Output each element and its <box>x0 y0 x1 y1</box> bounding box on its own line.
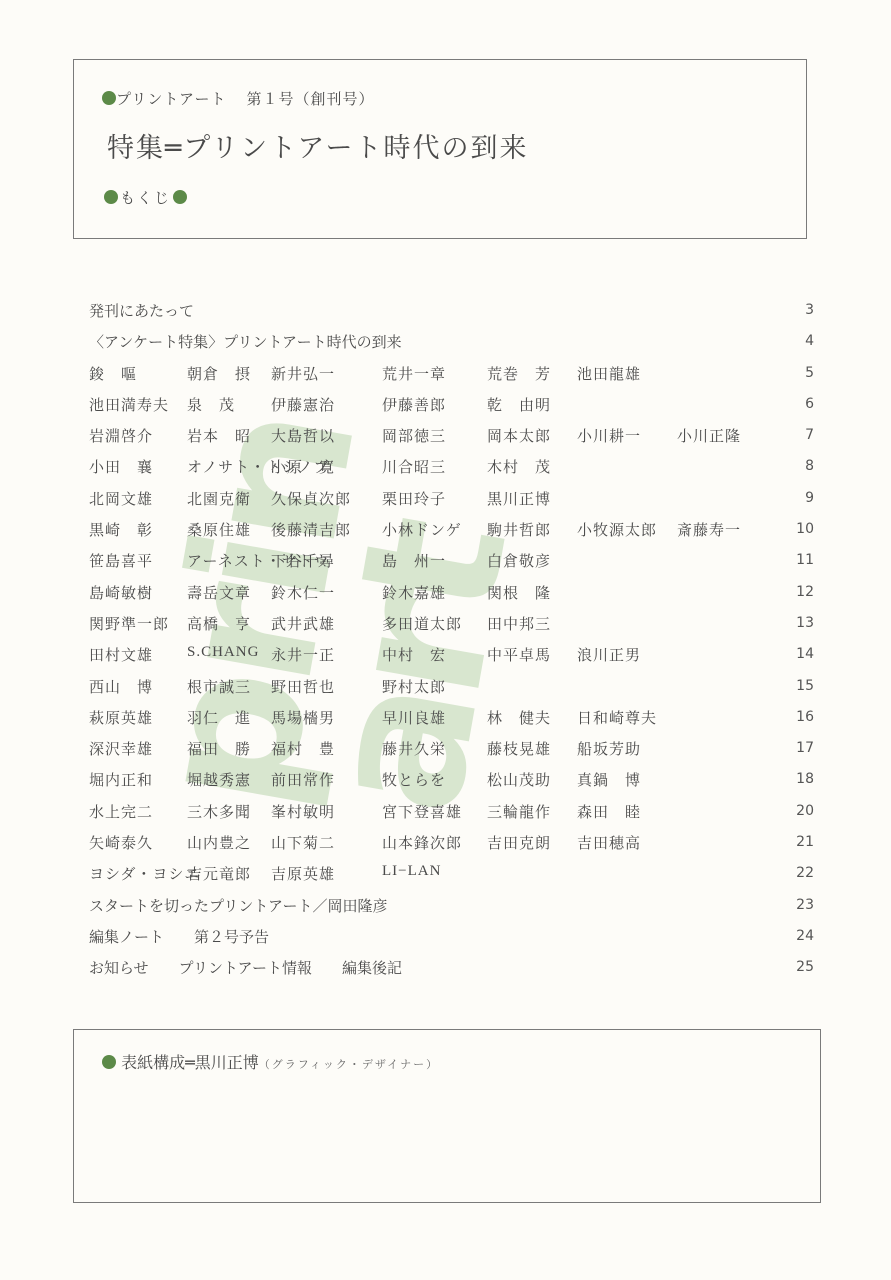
contributor-name: 関根 隆 <box>487 582 551 603</box>
contributor-name: 吉原英雄 <box>271 863 335 884</box>
toc-names-row: 池田満寿夫泉 茂伊藤憲治伊藤善郎乾 由明6 <box>89 390 814 421</box>
contributor-name: 田中邦三 <box>487 613 551 634</box>
contributor-name: LI−LAN <box>382 863 441 880</box>
page-number: 10 <box>796 521 814 537</box>
contributor-name: 中平卓馬 <box>487 644 551 665</box>
cover-designer: 表紙構成═黒川正博 <box>121 1053 259 1072</box>
contributor-name: 野田哲也 <box>271 676 335 697</box>
contributor-name: 伊藤善郎 <box>382 394 446 415</box>
contributor-name: 黒崎 彰 <box>89 519 153 540</box>
issue-number: 第１号（創刊号） <box>247 90 375 108</box>
contributor-name: 黒川正博 <box>487 488 551 509</box>
contributor-name: 島 州一 <box>382 550 446 571</box>
contributor-name: 岩淵啓介 <box>89 425 153 446</box>
toc-entry: スタートを切ったプリントアート／岡田隆彦23 <box>89 891 814 922</box>
cover-credit: 表紙構成═黒川正博（グラフィック・デザイナー） <box>102 1050 439 1073</box>
contributor-name: 鋑 嘔 <box>89 363 137 384</box>
toc-names-row: 田村文雄S.CHANG永井一正中村 宏中平卓馬浪川正男14 <box>89 640 814 671</box>
toc-names-row: 水上完二三木多聞峯村敏明宮下登喜雄三輪龍作森田 睦20 <box>89 797 814 828</box>
contributor-name: 大島哲以 <box>271 425 335 446</box>
contributor-name: 森田 睦 <box>577 801 641 822</box>
contributor-name: 関野準一郎 <box>89 613 169 634</box>
feature-title: 特集═プリントアート時代の到来 <box>107 126 529 165</box>
contributor-name: 小川耕一 <box>577 425 641 446</box>
contributor-name: 新井弘一 <box>271 363 335 384</box>
contributor-name: 藤枝晃雄 <box>487 738 551 759</box>
contributor-name: 下谷千尋 <box>271 550 335 571</box>
page-number: 16 <box>796 709 814 725</box>
contributor-name: 鈴木嘉雄 <box>382 582 446 603</box>
page-number: 3 <box>805 302 814 318</box>
contributor-name: 小原 寛 <box>271 456 335 477</box>
contributor-name: 鈴木仁一 <box>271 582 335 603</box>
contributor-name: 川合昭三 <box>382 456 446 477</box>
page-number: 22 <box>796 865 814 881</box>
contributor-name: 羽仁 進 <box>187 707 251 728</box>
toc-names-row: 鋑 嘔朝倉 摂新井弘一荒井一章荒巻 芳池田龍雄5 <box>89 359 814 390</box>
contributor-name: 中村 宏 <box>382 644 446 665</box>
bullet-dot-icon <box>173 190 187 204</box>
page-number: 5 <box>805 365 814 381</box>
toc-names-row: 岩淵啓介岩本 昭大島哲以岡部徳三岡本太郎小川耕一小川正隆7 <box>89 421 814 452</box>
bullet-dot-icon <box>104 190 118 204</box>
page-number: 20 <box>796 803 814 819</box>
contributor-name: 萩原英雄 <box>89 707 153 728</box>
toc-entry: 編集ノート 第２号予告24 <box>89 922 814 953</box>
contributor-name: 斎藤寿一 <box>677 519 741 540</box>
contributor-name: 多田道太郎 <box>382 613 462 634</box>
page-number: 23 <box>796 897 814 913</box>
toc-entry-title: お知らせ プリントアート情報 編集後記 <box>89 957 402 978</box>
contributor-name: 島崎敏樹 <box>89 582 153 603</box>
bullet-dot-icon <box>102 1055 116 1069</box>
page-number: 8 <box>805 458 814 474</box>
contributor-name: 小牧源太郎 <box>577 519 657 540</box>
contributor-name: S.CHANG <box>187 644 259 661</box>
toc-entry-title: 発刊にあたって <box>89 300 194 321</box>
contributor-name: 吉元竜郎 <box>187 863 251 884</box>
contributor-name: 西山 博 <box>89 676 153 697</box>
contributor-name: 池田満寿夫 <box>89 394 169 415</box>
contributor-name: 伊藤憲治 <box>271 394 335 415</box>
contributor-name: 吉田穂高 <box>577 832 641 853</box>
table-of-contents: 発刊にあたって3〈アンケート特集〉プリントアート時代の到来4鋑 嘔朝倉 摂新井弘… <box>89 296 814 985</box>
contributor-name: 峯村敏明 <box>271 801 335 822</box>
toc-entry: 発刊にあたって3 <box>89 296 814 327</box>
contributor-name: 駒井哲郎 <box>487 519 551 540</box>
contributor-name: 福田 勝 <box>187 738 251 759</box>
toc-entry-title: 編集ノート 第２号予告 <box>89 926 269 947</box>
page-number: 15 <box>796 678 814 694</box>
page-number: 11 <box>796 552 814 568</box>
toc-heading: もくじ <box>102 187 189 208</box>
contributor-name: 牧とらを <box>382 769 446 790</box>
contributor-name: 野村太郎 <box>382 676 446 697</box>
contributor-name: 福村 豊 <box>271 738 335 759</box>
contributor-name: 深沢幸雄 <box>89 738 153 759</box>
toc-entry: 〈アンケート特集〉プリントアート時代の到来4 <box>89 327 814 358</box>
contributor-name: 前田常作 <box>271 769 335 790</box>
page-number: 14 <box>796 646 814 662</box>
contributor-name: 宮下登喜雄 <box>382 801 462 822</box>
contributor-name: 北岡文雄 <box>89 488 153 509</box>
toc-names-row: 小田 襄オノサト・トシノブ小原 寛川合昭三木村 茂8 <box>89 452 814 483</box>
contributor-name: 山内豊之 <box>187 832 251 853</box>
contributor-name: 乾 由明 <box>487 394 551 415</box>
cover-credit-box: 表紙構成═黒川正博（グラフィック・デザイナー） <box>73 1029 821 1203</box>
issue-line: プリントアート第１号（創刊号） <box>102 88 375 109</box>
contributor-name: 真鍋 博 <box>577 769 641 790</box>
contributor-name: 北園克衛 <box>187 488 251 509</box>
contributor-name: 浪川正男 <box>577 644 641 665</box>
contributor-name: 笹島喜平 <box>89 550 153 571</box>
contributor-name: 船坂芳助 <box>577 738 641 759</box>
contributor-name: 壽岳文章 <box>187 582 251 603</box>
contributor-name: 馬場檣男 <box>271 707 335 728</box>
page-number: 4 <box>805 333 814 349</box>
page-number: 12 <box>796 584 814 600</box>
contributor-name: 荒井一章 <box>382 363 446 384</box>
page-number: 17 <box>796 740 814 756</box>
page-number: 9 <box>805 490 814 506</box>
contributor-name: 栗田玲子 <box>382 488 446 509</box>
contributor-name: 木村 茂 <box>487 456 551 477</box>
designer-role: （グラフィック・デザイナー） <box>259 1058 439 1071</box>
toc-names-row: 萩原英雄羽仁 進馬場檣男早川良雄林 健夫日和崎尊夫16 <box>89 703 814 734</box>
toc-entry: お知らせ プリントアート情報 編集後記25 <box>89 953 814 984</box>
contributor-name: 矢崎泰久 <box>89 832 153 853</box>
contributor-name: 小林ドンゲ <box>382 519 462 540</box>
magazine-name: プリントアート <box>116 90 227 108</box>
contributor-name: 山本鋒次郎 <box>382 832 462 853</box>
contributor-name: 山下菊二 <box>271 832 335 853</box>
contributor-name: 松山茂助 <box>487 769 551 790</box>
toc-names-row: 黒崎 彰桑原住雄後藤清吉郎小林ドンゲ駒井哲郎小牧源太郎斎藤寿一10 <box>89 515 814 546</box>
contributor-name: 吉田克朗 <box>487 832 551 853</box>
contributor-name: 堀内正和 <box>89 769 153 790</box>
contributor-name: 三木多聞 <box>187 801 251 822</box>
contributor-name: 岩本 昭 <box>187 425 251 446</box>
contributor-name: 桑原住雄 <box>187 519 251 540</box>
contributor-name: 荒巻 芳 <box>487 363 551 384</box>
contributor-name: 堀越秀憲 <box>187 769 251 790</box>
toc-entry-title: スタートを切ったプリントアート／岡田隆彦 <box>89 895 388 916</box>
contributor-name: 水上完二 <box>89 801 153 822</box>
contributor-name: 岡本太郎 <box>487 425 551 446</box>
contributor-name: 高橋 亨 <box>187 613 251 634</box>
contributor-name: 日和崎尊夫 <box>577 707 657 728</box>
toc-names-row: 堀内正和堀越秀憲前田常作牧とらを松山茂助真鍋 博18 <box>89 765 814 796</box>
contributor-name: 久保貞次郎 <box>271 488 351 509</box>
contributor-name: 小田 襄 <box>89 456 153 477</box>
contributor-name: 後藤清吉郎 <box>271 519 351 540</box>
page-number: 21 <box>796 834 814 850</box>
toc-names-row: 矢崎泰久山内豊之山下菊二山本鋒次郎吉田克朗吉田穂高21 <box>89 828 814 859</box>
page-number: 13 <box>796 615 814 631</box>
toc-names-row: ヨシダ・ヨシエ吉元竜郎吉原英雄LI−LAN22 <box>89 859 814 890</box>
toc-names-row: 西山 博根市誠三野田哲也野村太郎15 <box>89 672 814 703</box>
contributor-name: 武井武雄 <box>271 613 335 634</box>
toc-names-row: 深沢幸雄福田 勝福村 豊藤井久栄藤枝晃雄船坂芳助17 <box>89 734 814 765</box>
contributor-name: 藤井久栄 <box>382 738 446 759</box>
bullet-dot-icon <box>102 91 116 105</box>
header-box: プリントアート第１号（創刊号） 特集═プリントアート時代の到来 もくじ <box>73 59 807 239</box>
page-number: 24 <box>796 928 814 944</box>
page-number: 18 <box>796 771 814 787</box>
page-number: 7 <box>805 427 814 443</box>
page-number: 25 <box>796 959 814 975</box>
toc-names-row: 北岡文雄北園克衛久保貞次郎栗田玲子黒川正博9 <box>89 484 814 515</box>
contributor-name: 泉 茂 <box>187 394 235 415</box>
toc-entry-title: 〈アンケート特集〉プリントアート時代の到来 <box>89 331 402 352</box>
toc-names-row: 島崎敏樹壽岳文章鈴木仁一鈴木嘉雄関根 隆12 <box>89 578 814 609</box>
contributor-name: 永井一正 <box>271 644 335 665</box>
contributor-name: 林 健夫 <box>487 707 551 728</box>
contributor-name: 白倉敬彦 <box>487 550 551 571</box>
toc-names-row: 笹島喜平アーネスト・サトウ下谷千尋島 州一白倉敬彦11 <box>89 546 814 577</box>
contributor-name: 田村文雄 <box>89 644 153 665</box>
contributor-name: 小川正隆 <box>677 425 741 446</box>
contributor-name: 三輪龍作 <box>487 801 551 822</box>
contributor-name: 早川良雄 <box>382 707 446 728</box>
page-number: 6 <box>805 396 814 412</box>
contributor-name: 岡部徳三 <box>382 425 446 446</box>
contributor-name: 池田龍雄 <box>577 363 641 384</box>
toc-names-row: 関野準一郎高橋 亨武井武雄多田道太郎田中邦三13 <box>89 609 814 640</box>
contributor-name: 朝倉 摂 <box>187 363 251 384</box>
contributor-name: 根市誠三 <box>187 676 251 697</box>
contributor-name: ヨシダ・ヨシエ <box>89 863 200 884</box>
